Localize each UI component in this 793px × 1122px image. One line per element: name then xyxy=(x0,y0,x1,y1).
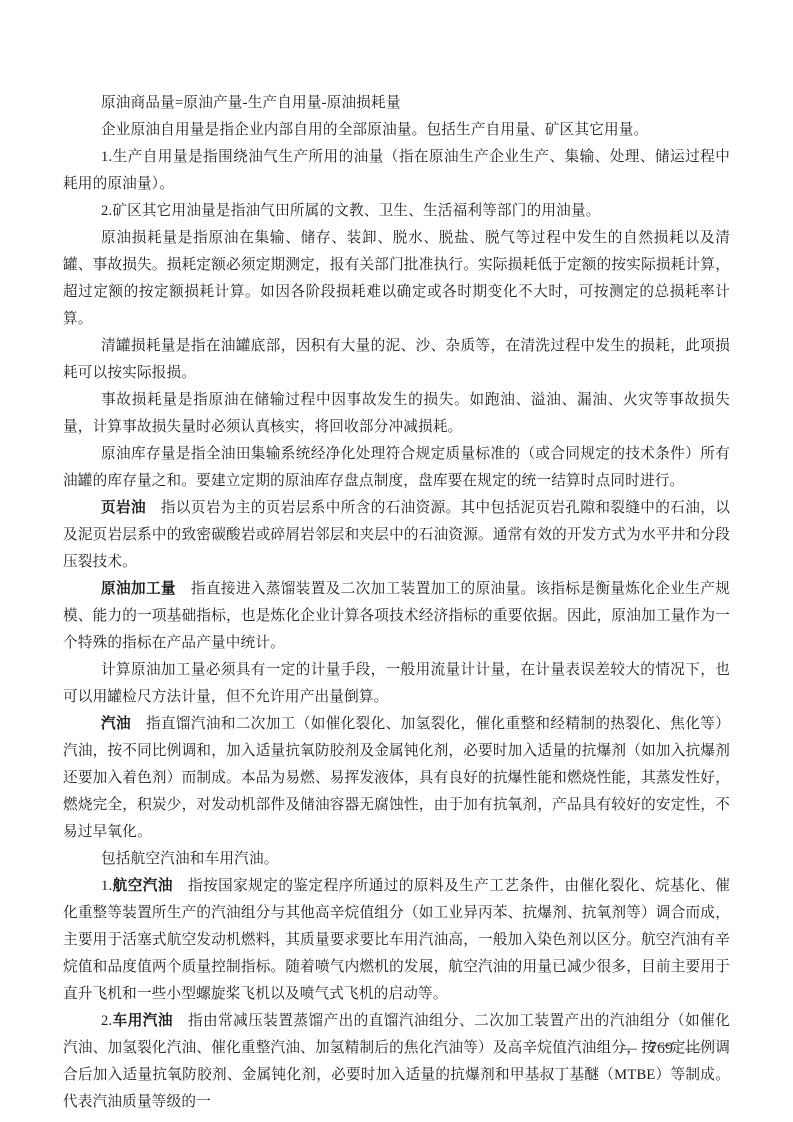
text-run: 指直馏汽油和二次加工（如催化裂化、加氢裂化，催化重整和经精制的热裂化、焦化等）汽… xyxy=(63,716,730,840)
text-run: 企业原油自用量是指企业内部自用的全部原油量。包括生产自用量、矿区其它用量。 xyxy=(101,122,648,138)
term-bold: 车用汽油 xyxy=(112,1013,173,1029)
paragraph: 汽油 指直馏汽油和二次加工（如催化裂化、加氢裂化，催化重整和经精制的热裂化、焦化… xyxy=(63,711,730,846)
paragraph: 企业原油自用量是指企业内部自用的全部原油量。包括生产自用量、矿区其它用量。 xyxy=(63,117,730,144)
text-run: 清罐损耗量是指在油罐底部，因积有大量的泥、沙、杂质等，在清洗过程中发生的损耗，此… xyxy=(63,338,730,381)
paragraph: 包括航空汽油和车用汽油。 xyxy=(63,846,730,873)
term-bold: 页岩油 xyxy=(101,500,146,516)
text-run: 1.生产自用量是指围绕油气生产所用的油量（指在原油生产企业生产、集输、处理、储运… xyxy=(63,149,730,192)
paragraph: 计算原油加工量必须具有一定的计量手段，一般用流量计计量，在计量表误差较大的情况下… xyxy=(63,657,730,711)
paragraph: 原油商品量=原油产量-生产自用量-原油损耗量 xyxy=(63,90,730,117)
term-bold: 航空汽油 xyxy=(112,878,173,894)
text-run: 包括航空汽油和车用汽油。 xyxy=(101,851,279,867)
footer-dash-left: — xyxy=(621,1040,637,1058)
text-run: 原油库存量是指全油田集输系统经净化处理符合规定质量标准的（或合同规定的技术条件）… xyxy=(63,446,730,489)
text-run: 原油损耗量是指原油在集输、储存、装卸、脱水、脱盐、脱气等过程中发生的自然损耗以及… xyxy=(63,230,730,327)
paragraph: 原油库存量是指全油田集输系统经净化处理符合规定质量标准的（或合同规定的技术条件）… xyxy=(63,441,730,495)
paragraph: 清罐损耗量是指在油罐底部，因积有大量的泥、沙、杂质等，在清洗过程中发生的损耗，此… xyxy=(63,333,730,387)
text-run: 原油商品量=原油产量-生产自用量-原油损耗量 xyxy=(101,95,401,111)
text-run: 2.矿区其它用油量是指油气田所属的文教、卫生、生活福利等部门的用油量。 xyxy=(101,203,601,219)
paragraph: 2.车用汽油 指由常减压装置蒸馏产出的直馏汽油组分、二次加工装置产出的汽油组分（… xyxy=(63,1008,730,1116)
text-run: 计算原油加工量必须具有一定的计量手段，一般用流量计计量，在计量表误差较大的情况下… xyxy=(63,662,730,705)
text-run: 指以页岩为主的页岩层系中所含的石油资源。其中包括泥页岩孔隙和裂缝中的石油，以及泥… xyxy=(63,500,730,570)
paragraph: 页岩油 指以页岩为主的页岩层系中所含的石油资源。其中包括泥页岩孔隙和裂缝中的石油… xyxy=(63,495,730,576)
term-bold: 原油加工量 xyxy=(101,581,176,597)
paragraph: 原油加工量 指直接进入蒸馏装置及二次加工装置加工的原油量。该指标是衡量炼化企业生… xyxy=(63,576,730,657)
paragraph: 1.航空汽油 指按国家规定的鉴定程序所通过的原料及生产工艺条件，由催化裂化、烷基… xyxy=(63,873,730,1008)
paragraph: 事故损耗量是指原油在储输过程中因事故发生的损失。如跑油、溢油、漏油、火灾等事故损… xyxy=(63,387,730,441)
footer-dash-right: — xyxy=(685,1040,701,1058)
text-run: 1. xyxy=(101,878,112,894)
text-run: 2. xyxy=(101,1013,112,1029)
document-page: 原油商品量=原油产量-生产自用量-原油损耗量企业原油自用量是指企业内部自用的全部… xyxy=(0,0,793,1122)
page-number: 769 xyxy=(649,1040,673,1058)
page-body: 原油商品量=原油产量-生产自用量-原油损耗量企业原油自用量是指企业内部自用的全部… xyxy=(63,90,730,1116)
text-run: 事故损耗量是指原油在储输过程中因事故发生的损失。如跑油、溢油、漏油、火灾等事故损… xyxy=(63,392,730,435)
text-run: 指按国家规定的鉴定程序所通过的原料及生产工艺条件，由催化裂化、烷基化、催化重整等… xyxy=(63,878,730,1002)
term-bold: 汽油 xyxy=(101,716,131,732)
page-footer: — 769 — xyxy=(621,1040,701,1058)
paragraph: 2.矿区其它用油量是指油气田所属的文教、卫生、生活福利等部门的用油量。 xyxy=(63,198,730,225)
paragraph: 原油损耗量是指原油在集输、储存、装卸、脱水、脱盐、脱气等过程中发生的自然损耗以及… xyxy=(63,225,730,333)
paragraph: 1.生产自用量是指围绕油气生产所用的油量（指在原油生产企业生产、集输、处理、储运… xyxy=(63,144,730,198)
